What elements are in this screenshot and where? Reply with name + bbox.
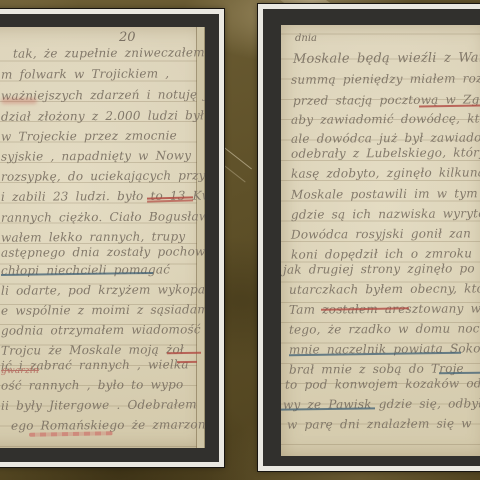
manuscript-line: dział złożony z 2.000 ludzi był (1, 108, 204, 123)
left-page-paper: 20 tak, że zupełnie zniweczałemm folwark… (0, 27, 205, 448)
manuscript-line: aby zawiadomić dowódcę, który s (291, 111, 480, 127)
manuscript-line: Moskale będą wieźli z Warszawy (293, 50, 480, 67)
manuscript-line: w parę dni znalazłem się w (287, 416, 472, 431)
manuscript-line: tak, że zupełnie zniweczałem (13, 45, 205, 60)
manuscript-line: rannych ciężko. Ciało Bogusława (1, 209, 205, 225)
manuscript-line: m folwark w Trojickiem , (1, 66, 169, 81)
manuscript-line: godnia otrzymałem wiadomość (1, 322, 201, 337)
blue-annotation-mark (439, 372, 480, 375)
manuscript-line: jak drugiej strony zginęło po (283, 261, 475, 276)
red-annotation-mark (419, 104, 480, 107)
manuscript-line: ość rannych , było to wypo (1, 377, 183, 392)
manuscript-line: li odarte, pod krzyżem wykopa (1, 282, 205, 297)
manuscript-line: syjskie , napadnięty w Nowy (1, 148, 191, 163)
manuscript-line: wałem lekko rannych, trupy (1, 229, 185, 244)
manuscript-line: kasę zdobyto, zginęło kilkunas (291, 165, 480, 180)
manuscript-line: gwarzin (1, 366, 39, 376)
red-annotation-mark (177, 361, 197, 363)
manuscript-line: odebrały z Lubelskiego, który ś (291, 145, 480, 160)
left-page-ink-layer: tak, że zupełnie zniweczałemm folwark w … (0, 27, 205, 448)
manuscript-line: to pod konwojem kozaków od (285, 376, 480, 391)
red-annotation-mark (167, 352, 201, 355)
right-page-paper: dnia Moskale będą wieźli z Warszawysummą… (281, 25, 480, 456)
manuscript-line: astępnego dnia zostały pochowane (1, 244, 205, 260)
manuscript-line: summą pieniędzy miałem rozgo (291, 71, 480, 86)
manuscript-line: Dowódca rosyjski gonił zan (291, 226, 471, 241)
manuscript-line: Moskale postawili im w tym (291, 186, 478, 201)
manuscript-line: e wspólnie z moimi z sąsiadami (1, 302, 205, 317)
manuscript-line: koni dopędził ich o zmroku (291, 246, 472, 261)
left-page-photo: 20 tak, że zupełnie zniweczałemm folwark… (0, 9, 224, 467)
manuscript-line: w Trojeckie przez zmocnie (1, 128, 177, 143)
right-page-photo: dnia Moskale będą wieźli z Warszawysummą… (258, 4, 480, 471)
red-smudge-annotation-mark (1, 98, 37, 104)
archive-scan-background: 20 tak, że zupełnie zniweczałemm folwark… (0, 0, 480, 480)
red-wavy-annotation-mark (29, 431, 113, 436)
manuscript-line: ale dowódca już był zawiadomiony (291, 130, 480, 146)
manuscript-line: gdzie są ich nazwiska wyryte (291, 206, 480, 221)
right-page-ink-layer: Moskale będą wieźli z Warszawysummą pien… (281, 25, 480, 456)
manuscript-line: Trojcu że Moskale moją żoł (1, 342, 184, 357)
manuscript-line: brał mnie z sobą do Troje (289, 361, 464, 376)
manuscript-line: tego, że rzadko w domu noco (289, 321, 480, 336)
manuscript-line: rozsypkę, do uciekających przygna (1, 168, 205, 184)
manuscript-line: utarczkach byłem obecny, których (289, 281, 480, 297)
manuscript-line: ii były Jitergowe . Odebrałem . (1, 397, 205, 412)
